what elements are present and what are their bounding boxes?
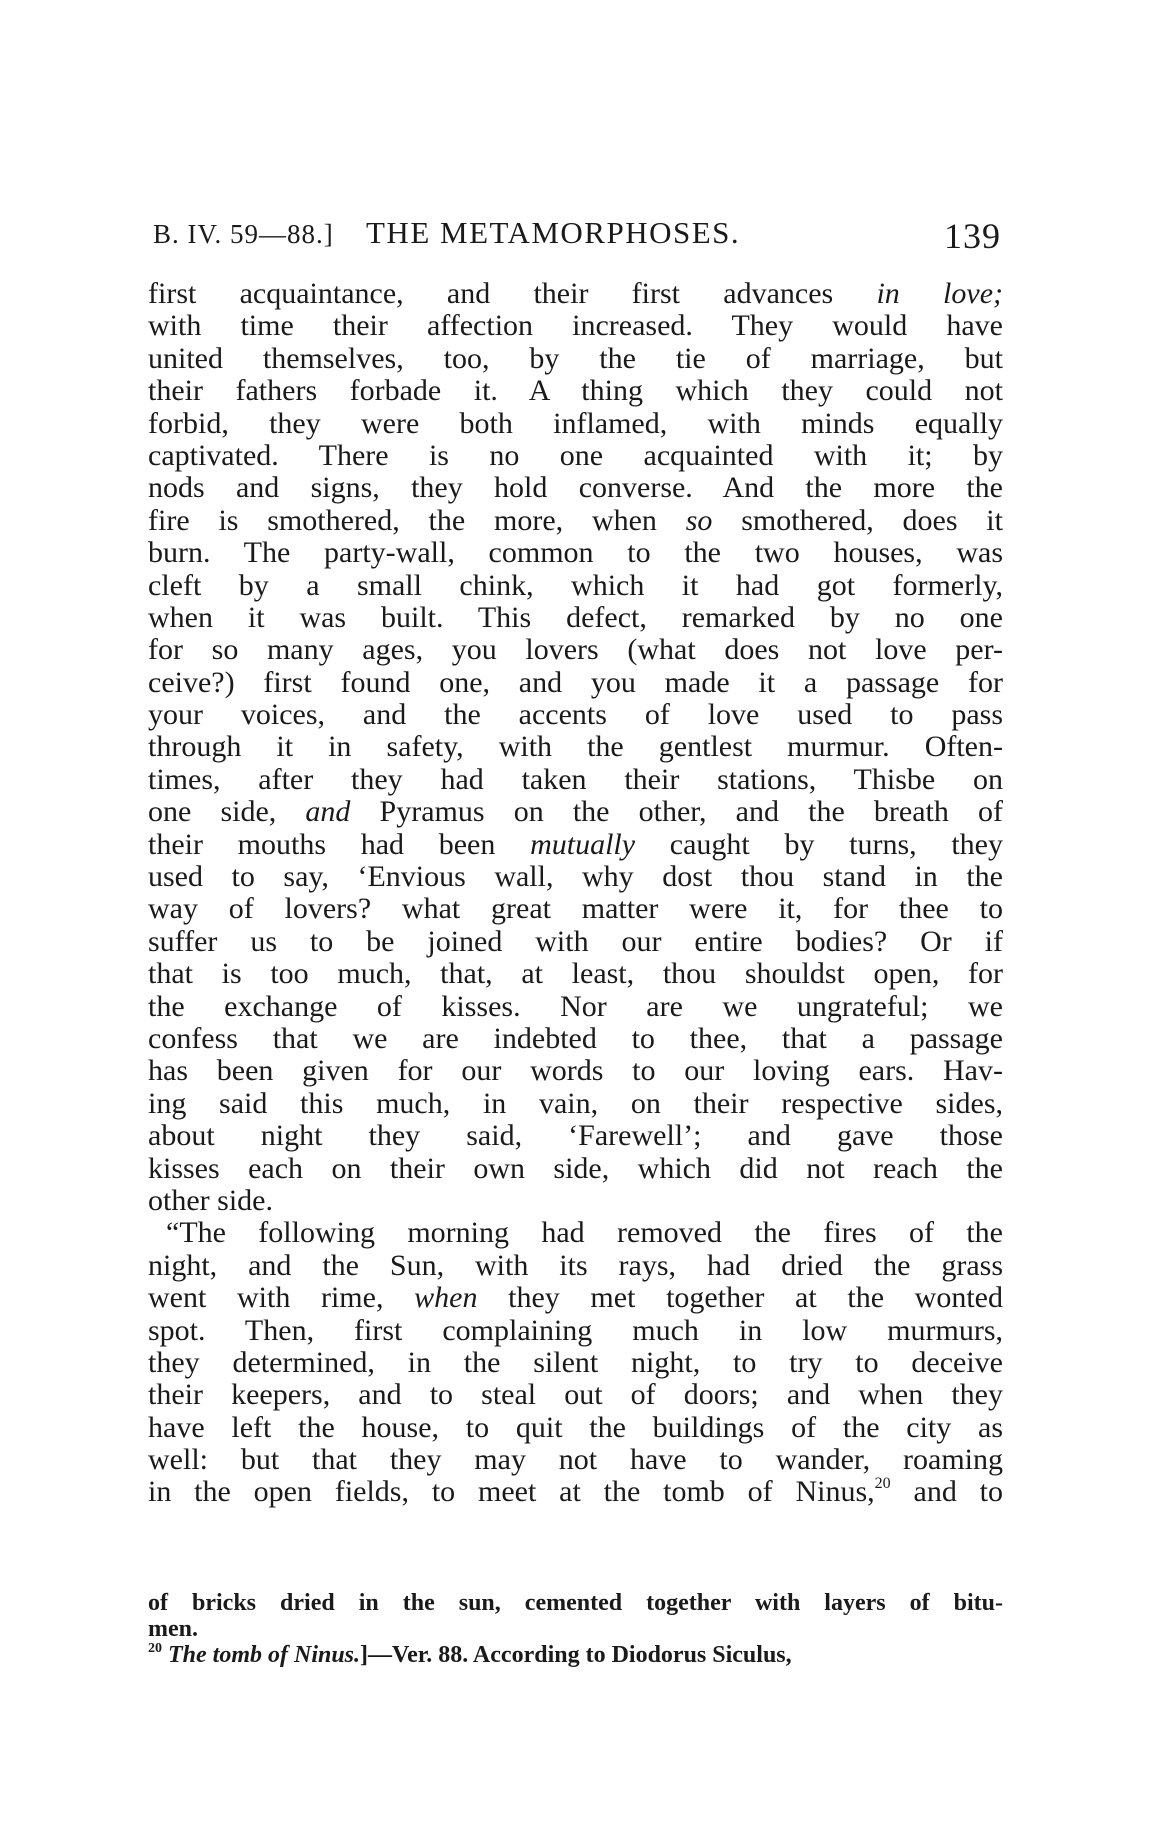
footnote-reference[interactable]: 20 (875, 1475, 891, 1492)
text-line: united themselves, too, by the tie of ma… (148, 343, 1003, 375)
text-segment: and to (891, 1475, 1003, 1508)
text-line: with time their affection increased. The… (148, 310, 1003, 342)
footnote-20: 20 The tomb of Ninus.]—Ver. 88. Accordin… (148, 1642, 1003, 1668)
text-line: through it in safety, with the gentlest … (148, 731, 1003, 763)
text-segment: suffer us to be joined with our entire b… (148, 925, 1003, 958)
text-segment: through it in safety, with the gentlest … (148, 730, 1003, 763)
text-line: night, and the Sun, with its rays, had d… (148, 1250, 1003, 1282)
book-verse-reference: B. IV. 59—88.] (153, 219, 334, 250)
text-line: way of lovers? what great matter were it… (148, 893, 1003, 925)
text-line: your voices, and the accents of love use… (148, 699, 1003, 731)
text-segment: their mouths had been (148, 828, 530, 861)
text-line: about night they said, ‘Farewell’; and g… (148, 1120, 1003, 1152)
text-line: went with rime, when they met together a… (148, 1282, 1003, 1314)
text-line: in the open fields, to meet at the tomb … (148, 1476, 1003, 1508)
text-segment: has been given for our words to our lovi… (148, 1054, 1003, 1087)
text-segment: your voices, and the accents of love use… (148, 698, 1003, 731)
text-segment: the exchange of kisses. Nor are we ungra… (148, 990, 1003, 1023)
running-head: B. IV. 59—88.] THE METAMORPHOSES. 139 (148, 205, 1003, 255)
footnote-text: ]—Ver. 88. According to Diodorus Siculus… (360, 1642, 792, 1668)
text-segment: other side. (148, 1184, 273, 1217)
text-line: confess that we are indebted to thee, th… (148, 1023, 1003, 1055)
text-segment: used to say, ‘Envious wall, why dost tho… (148, 860, 1003, 893)
text-segment: went with rime, (148, 1281, 414, 1314)
italic-segment: when (414, 1281, 477, 1314)
text-segment: forbid, they were both inflamed, with mi… (148, 407, 1003, 440)
text-segment: caught by turns, they (635, 828, 1003, 861)
text-segment: when it was built. This defect, remarked… (148, 601, 1003, 634)
text-segment: in the open fields, to meet at the tomb … (148, 1475, 875, 1508)
book-title-header: THE METAMORPHOSES. (366, 215, 740, 251)
text-line: nods and signs, they hold converse. And … (148, 472, 1003, 504)
text-line: one side, and Pyramus on the other, and … (148, 796, 1003, 828)
text-segment: “The following morning had removed the f… (166, 1216, 1003, 1249)
text-segment: one side, (148, 795, 305, 828)
text-segment: fire is smothered, the more, when (148, 504, 686, 537)
text-line: other side. (148, 1185, 1003, 1217)
text-line: ceive?) first found one, and you made it… (148, 667, 1003, 699)
text-segment: well: but that they may not have to wand… (148, 1443, 1003, 1476)
footnote-continuation-line: of bricks dried in the sun, cemented tog… (148, 1590, 1003, 1616)
text-line: have left the house, to quit the buildin… (148, 1412, 1003, 1444)
italic-segment: so (686, 504, 713, 537)
text-line: when it was built. This defect, remarked… (148, 602, 1003, 634)
text-segment: Pyramus on the other, and the breath of (350, 795, 1003, 828)
text-segment: burn. The party-wall, common to the two … (148, 536, 1003, 569)
text-segment: first acquaintance, and their first adva… (148, 277, 876, 310)
text-line: forbid, they were both inflamed, with mi… (148, 408, 1003, 440)
text-line: well: but that they may not have to wand… (148, 1444, 1003, 1476)
text-segment: that is too much, that, at least, thou s… (148, 957, 1003, 990)
page-number: 139 (944, 215, 1001, 257)
text-line: “The following morning had removed the f… (148, 1217, 1003, 1249)
text-segment: have left the house, to quit the buildin… (148, 1411, 1003, 1444)
text-line: first acquaintance, and their first adva… (148, 278, 1003, 310)
text-segment: they determined, in the silent night, to… (148, 1346, 1003, 1379)
text-line: kisses each on their own side, which did… (148, 1153, 1003, 1185)
footnotes: of bricks dried in the sun, cemented tog… (148, 1590, 1003, 1668)
text-segment: their fathers forbade it. A thing which … (148, 374, 1003, 407)
text-line: their keepers, and to steal out of doors… (148, 1379, 1003, 1411)
italic-segment: mutually (530, 828, 635, 861)
text-segment: way of lovers? what great matter were it… (148, 892, 1003, 925)
text-segment: they met together at the wonted (477, 1281, 1003, 1314)
text-line: spot. Then, first complaining much in lo… (148, 1315, 1003, 1347)
text-line: their mouths had been mutually caught by… (148, 829, 1003, 861)
text-segment: their keepers, and to steal out of doors… (148, 1378, 1003, 1411)
text-line: fire is smothered, the more, when so smo… (148, 505, 1003, 537)
text-segment: nods and signs, they hold converse. And … (148, 471, 1003, 504)
text-line: cleft by a small chink, which it had got… (148, 570, 1003, 602)
text-segment: night, and the Sun, with its rays, had d… (148, 1249, 1003, 1282)
text-segment: united themselves, too, by the tie of ma… (148, 342, 1003, 375)
text-segment: spot. Then, first complaining much in lo… (148, 1314, 1003, 1347)
text-line: burn. The party-wall, common to the two … (148, 537, 1003, 569)
footnote-title: The tomb of Ninus. (168, 1642, 360, 1668)
body-text: first acquaintance, and their first adva… (148, 278, 1003, 1509)
text-line: has been given for our words to our lovi… (148, 1055, 1003, 1087)
text-segment: ing said this much, in vain, on their re… (148, 1087, 1003, 1120)
text-line: times, after they had taken their statio… (148, 764, 1003, 796)
text-line: suffer us to be joined with our entire b… (148, 926, 1003, 958)
text-line: that is too much, that, at least, thou s… (148, 958, 1003, 990)
italic-segment: in love; (876, 277, 1003, 310)
text-segment: for so many ages, you lovers (what does … (148, 633, 1003, 666)
text-segment: confess that we are indebted to thee, th… (148, 1022, 1003, 1055)
text-line: ing said this much, in vain, on their re… (148, 1088, 1003, 1120)
text-segment: with time their affection increased. The… (148, 309, 1003, 342)
italic-segment: and (305, 795, 350, 828)
footnote-marker: 20 (148, 1641, 162, 1656)
text-segment: captivated. There is no one acquainted w… (148, 439, 1003, 472)
text-line: their fathers forbade it. A thing which … (148, 375, 1003, 407)
text-segment: smothered, does it (712, 504, 1003, 537)
text-segment: ceive?) first found one, and you made it… (148, 666, 1003, 699)
text-line: captivated. There is no one acquainted w… (148, 440, 1003, 472)
text-line: for so many ages, you lovers (what does … (148, 634, 1003, 666)
text-segment: about night they said, ‘Farewell’; and g… (148, 1119, 1003, 1152)
text-segment: kisses each on their own side, which did… (148, 1152, 1003, 1185)
text-line: they determined, in the silent night, to… (148, 1347, 1003, 1379)
text-segment: cleft by a small chink, which it had got… (148, 569, 1003, 602)
text-line: the exchange of kisses. Nor are we ungra… (148, 991, 1003, 1023)
text-segment: times, after they had taken their statio… (148, 763, 1003, 796)
text-line: used to say, ‘Envious wall, why dost tho… (148, 861, 1003, 893)
footnote-continuation-end: men. (148, 1616, 1003, 1642)
